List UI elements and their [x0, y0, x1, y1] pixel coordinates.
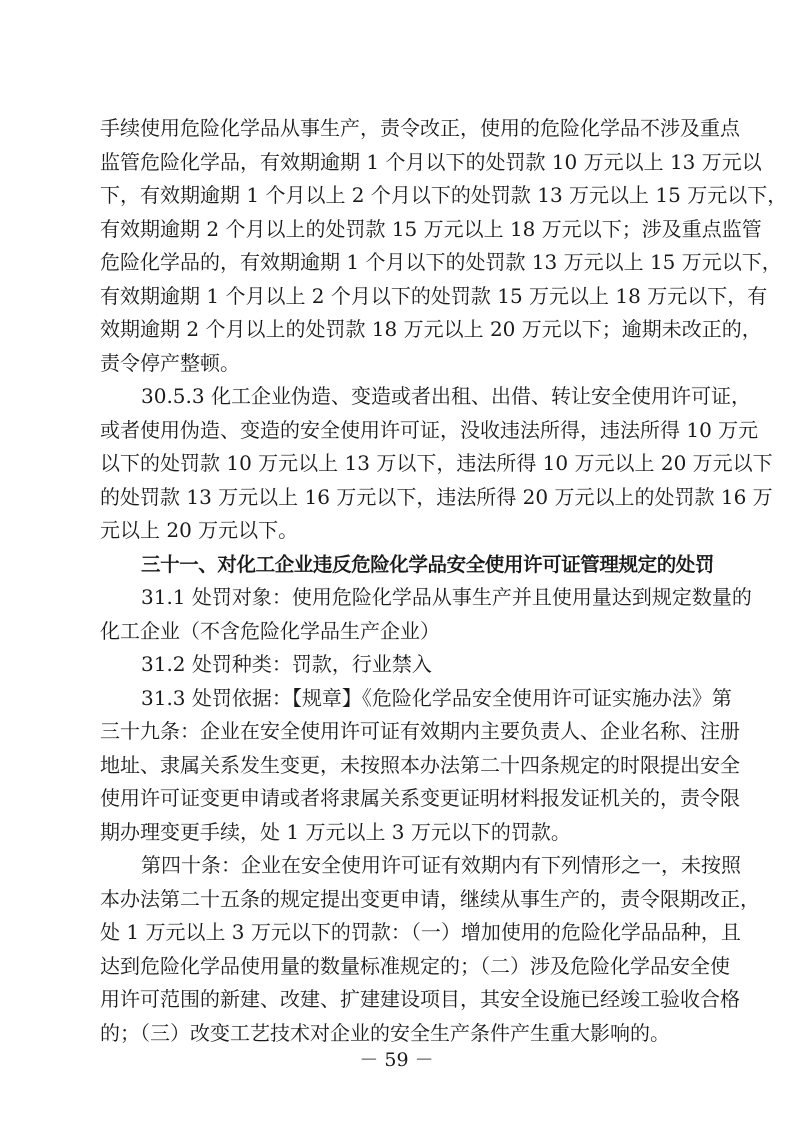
text-line: 有效期逾期 2 个月以上的处罚款 15 万元以上 18 万元以下；涉及重点监管: [100, 213, 698, 247]
text-line: 元以上 20 万元以下。: [100, 514, 698, 548]
text-line: 30.5.3 化工企业伪造、变造或者出租、出借、转让安全使用许可证，: [100, 380, 698, 414]
paragraph-article-40: 第四十条：企业在安全使用许可证有效期内有下列情形之一，未按照 本办法第二十五条的…: [100, 849, 698, 1050]
paragraph-31-2: 31.2 处罚种类：罚款，行业禁入: [100, 648, 698, 682]
text-line: 下，有效期逾期 1 个月以上 2 个月以下的处罚款 13 万元以上 15 万元以…: [100, 179, 698, 213]
text-line: 以下的处罚款 10 万元以上 13 万以下，违法所得 10 万元以上 20 万元…: [100, 447, 698, 481]
text-line: 危险化学品的，有效期逾期 1 个月以下的处罚款 13 万元以上 15 万元以下，: [100, 246, 698, 280]
text-line: 地址、隶属关系发生变更，未按照本办法第二十四条规定的时限提出安全: [100, 749, 698, 783]
document-page: 手续使用危险化学品从事生产，责令改正，使用的危险化学品不涉及重点 监管危险化学品…: [100, 112, 698, 1050]
text-line: 效期逾期 2 个月以上的处罚款 18 万元以上 20 万元以下；逾期未改正的，: [100, 313, 698, 347]
text-line: 处 1 万元以上 3 万元以下的罚款：（一）增加使用的危险化学品品种，且: [100, 916, 698, 950]
paragraph-30-5-2-continuation: 手续使用危险化学品从事生产，责令改正，使用的危险化学品不涉及重点 监管危险化学品…: [100, 112, 698, 380]
text-line: 监管危险化学品，有效期逾期 1 个月以下的处罚款 10 万元以上 13 万元以: [100, 146, 698, 180]
text-line: 或者使用伪造、变造的安全使用许可证，没收违法所得，违法所得 10 万元: [100, 414, 698, 448]
paragraph-30-5-3: 30.5.3 化工企业伪造、变造或者出租、出借、转让安全使用许可证， 或者使用伪…: [100, 380, 698, 548]
text-line: 责令停产整顿。: [100, 347, 698, 381]
text-line: 有效期逾期 1 个月以上 2 个月以下的处罚款 15 万元以上 18 万元以下，…: [100, 280, 698, 314]
text-line: 31.1 处罚对象：使用危险化学品从事生产并且使用量达到规定数量的: [100, 581, 698, 615]
page-number: － 59 －: [0, 1045, 793, 1072]
text-line: 达到危险化学品使用量的数量标准规定的；（二）涉及危险化学品安全使: [100, 950, 698, 984]
paragraph-31-3: 31.3 处罚依据：【规章】《危险化学品安全使用许可证实施办法》第 三十九条：企…: [100, 682, 698, 850]
text-line: 手续使用危险化学品从事生产，责令改正，使用的危险化学品不涉及重点: [100, 112, 698, 146]
text-line: 期办理变更手续，处 1 万元以上 3 万元以下的罚款。: [100, 816, 698, 850]
section-heading-31: 三十一、对化工企业违反危险化学品安全使用许可证管理规定的处罚: [100, 548, 698, 582]
text-line: 31.2 处罚种类：罚款，行业禁入: [100, 648, 698, 682]
text-line: 使用许可证变更申请或者将隶属关系变更证明材料报发证机关的，责令限: [100, 782, 698, 816]
text-line: 的处罚款 13 万元以上 16 万元以下，违法所得 20 万元以上的处罚款 16…: [100, 481, 698, 515]
paragraph-31-1: 31.1 处罚对象：使用危险化学品从事生产并且使用量达到规定数量的 化工企业（不…: [100, 581, 698, 648]
text-line: 化工企业（不含危险化学品生产企业）: [100, 615, 698, 649]
text-line: 三十九条：企业在安全使用许可证有效期内主要负责人、企业名称、注册: [100, 715, 698, 749]
text-line: 31.3 处罚依据：【规章】《危险化学品安全使用许可证实施办法》第: [100, 682, 698, 716]
text-line: 用许可范围的新建、改建、扩建建设项目，其安全设施已经竣工验收合格: [100, 983, 698, 1017]
text-line: 第四十条：企业在安全使用许可证有效期内有下列情形之一，未按照: [100, 849, 698, 883]
text-line: 本办法第二十五条的规定提出变更申请，继续从事生产的，责令限期改正，: [100, 883, 698, 917]
